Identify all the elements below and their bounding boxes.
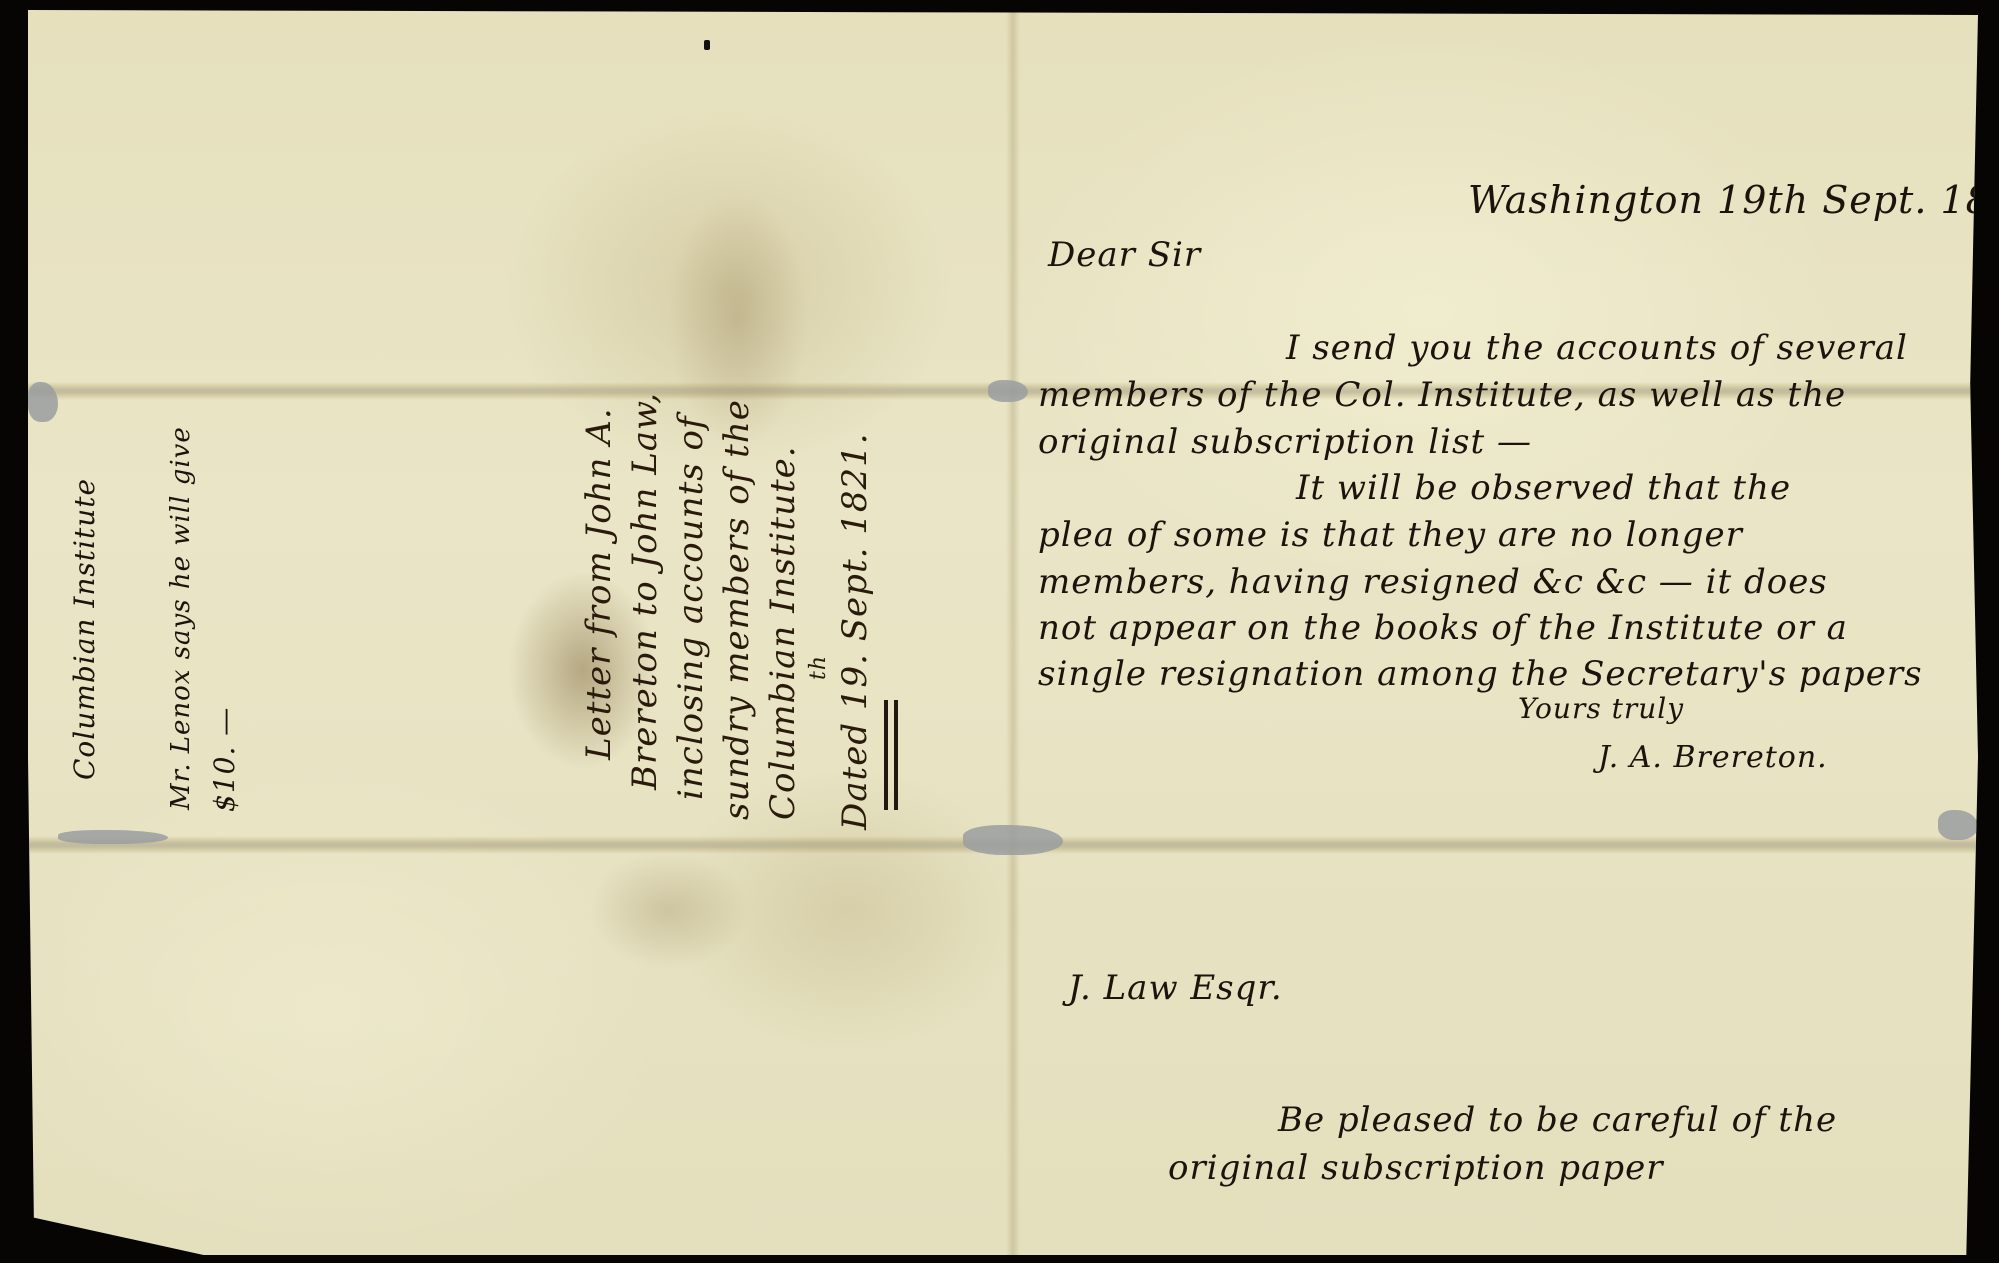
double-underline xyxy=(894,700,898,810)
docket-line: sundry members of the xyxy=(714,392,760,830)
salutation: Dear Sir xyxy=(1048,235,1201,275)
double-underline xyxy=(884,700,888,810)
margin-note: Mr. Lenox says he will give xyxy=(166,426,196,810)
body-line: members of the Col. Institute, as well a… xyxy=(1038,375,1846,415)
closing: Yours truly xyxy=(1518,692,1684,725)
body-line: I send you the accounts of several xyxy=(1286,328,1908,368)
postscript-line: original subscription paper xyxy=(1168,1148,1663,1188)
paper-tear xyxy=(988,380,1028,402)
dateline: Washington 19th Sept. 1821 xyxy=(1468,178,1999,222)
docket-line: Columbian Institute. xyxy=(760,392,806,830)
docket-superscript: th xyxy=(806,392,832,830)
docket-date: Dated 19. Sept. 1821. xyxy=(832,392,878,830)
body-line: It will be observed that the xyxy=(1296,468,1791,508)
water-stain xyxy=(588,850,748,970)
paper-tear xyxy=(1938,810,1978,840)
addressee: J. Law Esqr. xyxy=(1068,968,1283,1008)
paper-tear xyxy=(963,825,1063,855)
docket-line: Brereton to John Law, xyxy=(622,392,668,830)
body-line: single resignation among the Secretary's… xyxy=(1038,654,1923,694)
body-line: plea of some is that they are no longer xyxy=(1038,515,1743,555)
postscript-line: Be pleased to be careful of the xyxy=(1278,1100,1837,1140)
body-line: original subscription list — xyxy=(1038,422,1532,462)
body-line: members, having resigned &c &c — it does xyxy=(1038,562,1828,602)
body-line: not appear on the books of the Institute… xyxy=(1038,608,1848,648)
pin-hole xyxy=(704,40,710,50)
docket-line: Letter from John A. xyxy=(576,392,622,830)
docket-endorsement: Letter from John A. Brereton to John Law… xyxy=(576,392,902,830)
paper-tear xyxy=(58,830,168,844)
letter-sheet: Washington 19th Sept. 1821 Dear Sir I se… xyxy=(28,10,1978,1255)
signature: J. A. Brereton. xyxy=(1598,740,1828,775)
margin-title: Columbian Institute xyxy=(68,478,101,780)
margin-amount: $10. — xyxy=(208,707,241,812)
docket-line: inclosing accounts of xyxy=(668,392,714,830)
vertical-fold-center xyxy=(1006,10,1020,1255)
paper-tear xyxy=(28,382,58,422)
